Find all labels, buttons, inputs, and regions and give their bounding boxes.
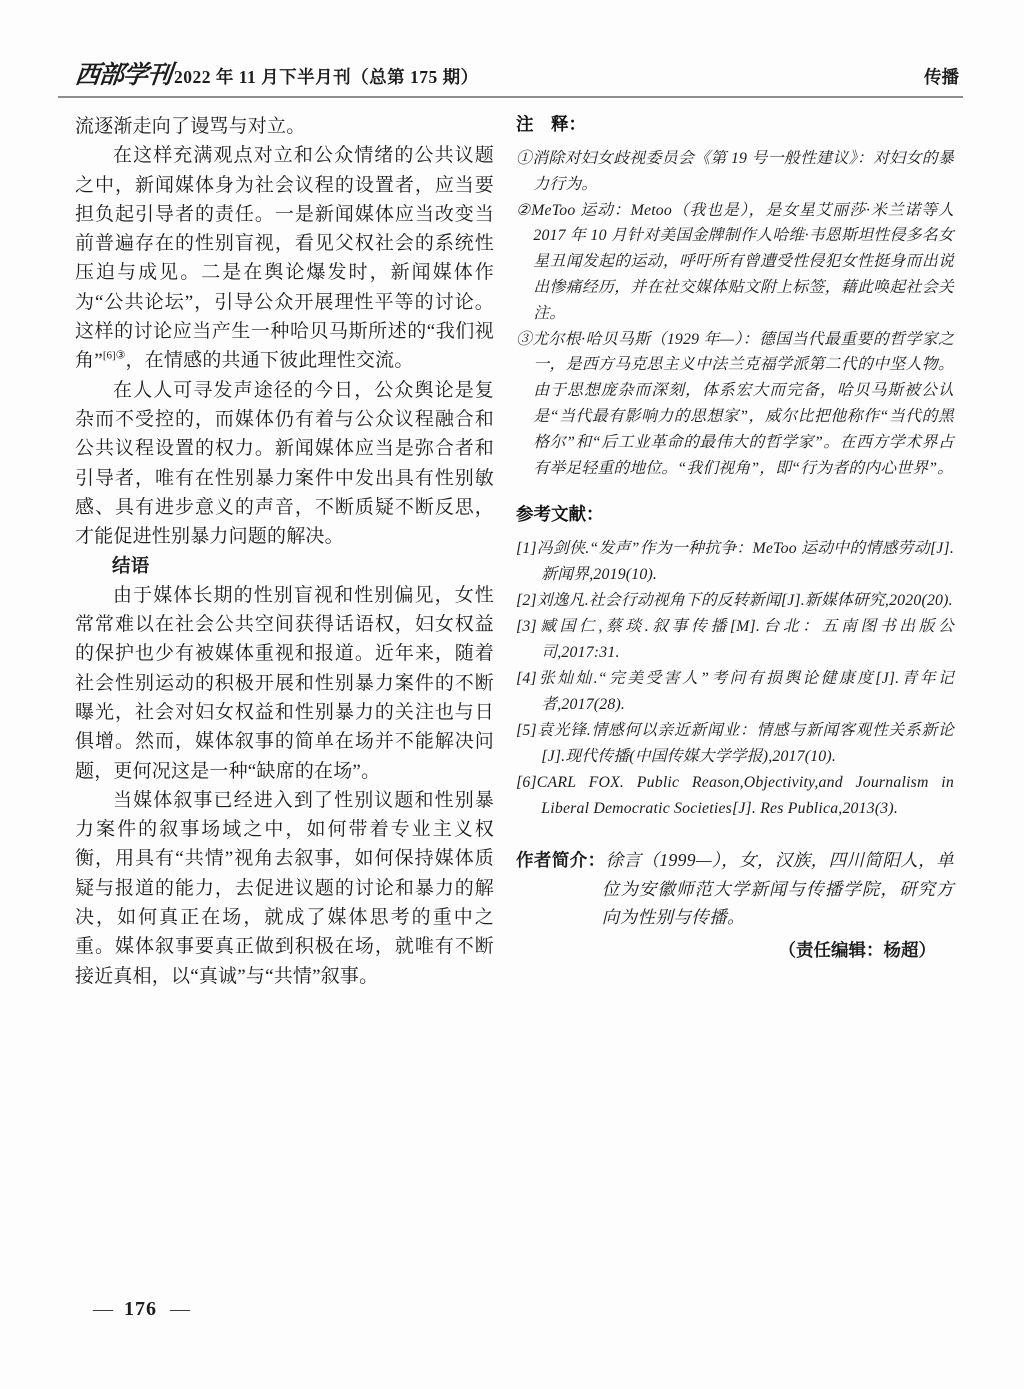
- reference-item: [2]刘逸凡.社会行动视角下的反转新闻[J].新媒体研究,2020(20).: [516, 588, 954, 614]
- header-rule: [58, 96, 963, 98]
- body-paragraph-continuation: 流逐渐走向了谩骂与对立。: [75, 112, 494, 141]
- notes-title: 注 释：: [516, 112, 954, 137]
- body-paragraph: 在人人可寻发声途径的今日，公众舆论是复杂而不受控的，而媒体仍有着与公众议程融合和…: [75, 376, 494, 552]
- right-column: 注 释： ①消除对妇女歧视委员会《第 19 号一般性建议》：对妇女的暴力行为。 …: [516, 112, 954, 963]
- note-item: ③尤尔根·哈贝马斯（1929 年—）：德国当代最重要的哲学家之一，是西方马克思主…: [516, 327, 954, 482]
- author-bio: 作者简介：徐言（1999—），女，汉族，四川简阳人，单位为安徽师范大学新闻与传播…: [516, 846, 954, 932]
- page-number-dash: —: [170, 1298, 188, 1321]
- reference-item: [5]袁光锋.情感何以亲近新闻业：情感与新闻客观性关系新论[J].现代传播(中国…: [516, 718, 954, 770]
- body-paragraph: 由于媒体长期的性别盲视和性别偏见，女性常常难以在社会公共空间获得话语权，妇女权益…: [75, 581, 494, 786]
- journal-logo: 西部学刊: [74, 62, 173, 90]
- references-title: 参考文献：: [516, 502, 954, 527]
- page-number-dash: —: [93, 1298, 111, 1321]
- page-footer: — 176 —: [93, 1298, 188, 1321]
- reference-item: [6]CARL FOX. Public Reason,Objectivity,a…: [516, 770, 954, 822]
- left-column: 流逐渐走向了谩骂与对立。 在这样充满观点对立和公众情绪的公共议题之中，新闻媒体身…: [75, 112, 494, 991]
- note-item: ①消除对妇女歧视委员会《第 19 号一般性建议》：对妇女的暴力行为。: [516, 146, 954, 198]
- body-paragraph: 在这样充满观点对立和公众情绪的公共议题之中，新闻媒体身为社会议程的设置者，应当要…: [75, 141, 494, 375]
- conclusion-heading: 结语: [75, 551, 494, 580]
- author-bio-label: 作者简介：: [516, 850, 606, 870]
- author-bio-text: 徐言（1999—），女，汉族，四川简阳人，单位为安徽师范大学新闻与传播学院，研究…: [602, 850, 954, 927]
- editor-note: （责任编辑：杨超）: [516, 937, 954, 963]
- section-label: 传播: [924, 64, 959, 90]
- reference-item: [3]臧国仁,蔡琰.叙事传播[M].台北：五南图书出版公司,2017:31.: [516, 614, 954, 666]
- reference-item: [1]冯剑侠.“发声”作为一种抗争：MeToo 运动中的情感劳动[J].新闻界,…: [516, 536, 954, 588]
- page-number: 176: [124, 1298, 157, 1321]
- citation-superscript: [6]③: [103, 350, 126, 362]
- journal-page-scan: 西部学刊 2022 年 11 月下半月刊（总第 175 期） 传播 流逐渐走向了…: [0, 0, 1024, 1389]
- journal-issue-info: 2022 年 11 月下半月刊（总第 175 期）: [174, 64, 479, 90]
- paragraph-text: 在这样充满观点对立和公众情绪的公共议题之中，新闻媒体身为社会议程的设置者，应当要…: [75, 145, 494, 371]
- paragraph-text: ，在情感的共通下彼此理性交流。: [126, 350, 414, 371]
- note-item: ②MeToo 运动：Metoo（我也是），是女星艾丽莎·米兰诺等人 2017 年…: [516, 198, 954, 327]
- body-paragraph: 当媒体叙事已经进入到了性别议题和性别暴力案件的叙事场域之中，如何带着专业主义权衡…: [75, 786, 494, 991]
- reference-item: [4]张灿灿.“完美受害人”考问有损舆论健康度[J].青年记者,2017(28)…: [516, 666, 954, 718]
- page-header: 西部学刊 2022 年 11 月下半月刊（总第 175 期） 传播: [75, 62, 959, 90]
